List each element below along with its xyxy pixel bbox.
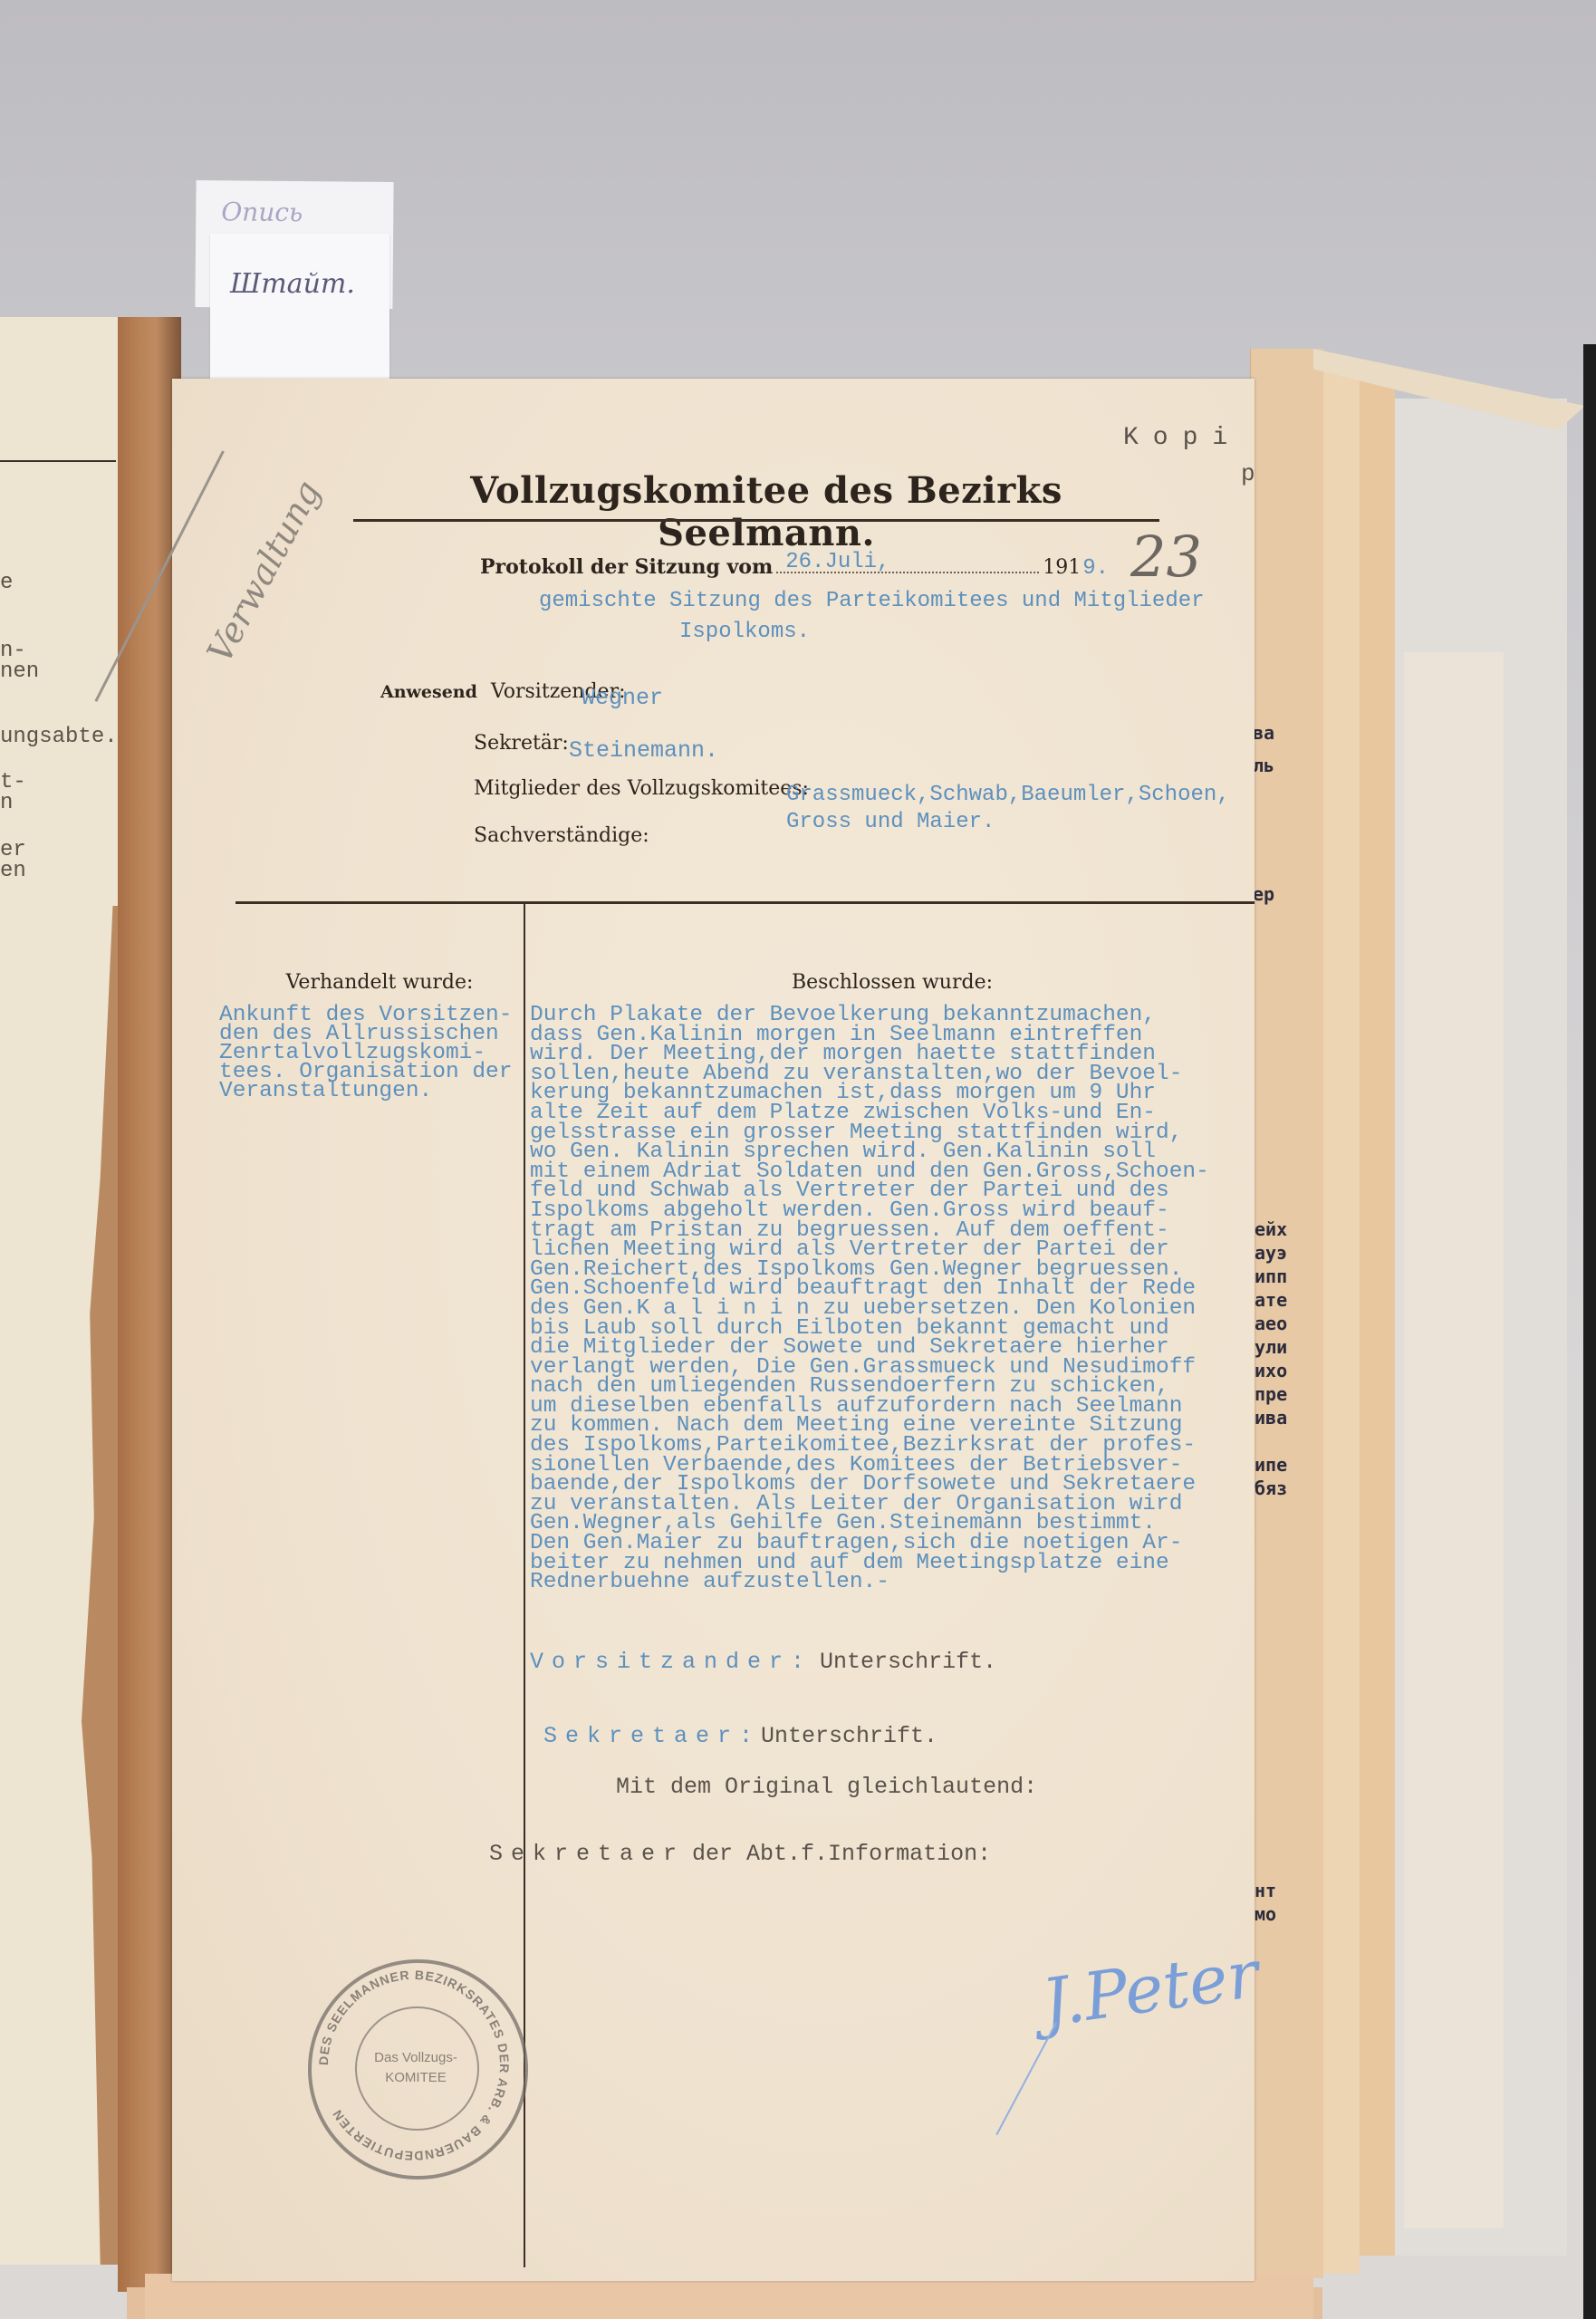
- protocol-date: 26.Juli,: [785, 550, 889, 574]
- experts-label: Sachverständige:: [474, 824, 649, 847]
- info-secretary-prefix: Sekretaer: [489, 1841, 685, 1867]
- left-page-fragment: en: [0, 859, 26, 883]
- folio-number: 23: [1130, 524, 1202, 590]
- russian-text-fragment: аео: [1255, 1313, 1287, 1334]
- russian-text-fragment: ипе: [1255, 1454, 1287, 1476]
- secretary-signature-label: Sekretaer:: [543, 1723, 761, 1749]
- handwritten-note: Опись: [221, 197, 303, 227]
- archive-annotation: Verwaltung: [199, 474, 328, 669]
- protocol-label: Protokoll der Sitzung vom: [480, 555, 773, 579]
- protocol-date-line: Protokoll der Sitzung vom 26.Juli, 191 9…: [480, 555, 1109, 581]
- russian-text-fragment: ауэ: [1255, 1242, 1287, 1264]
- members-value: Grassmueck,Schwab,Baeumler,Schoen,: [786, 783, 1230, 807]
- left-page-fragment: ungsabte.: [0, 725, 118, 749]
- russian-text-fragment: ихо: [1255, 1360, 1287, 1381]
- present-label: Anwesend: [380, 682, 477, 702]
- agenda-header: Verhandelt wurde:: [236, 971, 524, 994]
- table-rule: [236, 901, 1255, 904]
- members-value-continued: Gross und Maier.: [786, 810, 995, 834]
- certification-line: Mit dem Original gleichlautend:: [616, 1774, 1037, 1800]
- russian-text-fragment: ипп: [1255, 1265, 1287, 1287]
- secretary-signature-value: Unterschrift.: [761, 1723, 937, 1749]
- info-secretary-label: der Abt.f.Information:: [692, 1841, 991, 1867]
- left-page-fragment: n: [0, 791, 13, 815]
- scanner-edge: [1583, 344, 1596, 2319]
- date-field: 26.Juli,: [776, 572, 1039, 573]
- russian-text-fragment: мо: [1255, 1903, 1276, 1925]
- copy-mark: Kopi: [1123, 424, 1242, 452]
- session-type-continued: Ispolkoms.: [679, 620, 810, 644]
- chair-signature-value: Unterschrift.: [820, 1649, 996, 1675]
- russian-text-fragment: ер: [1253, 883, 1274, 905]
- secretary-signature-line: Sekretaer: Unterschrift.: [543, 1723, 937, 1749]
- chair-value: Wegner: [582, 685, 663, 711]
- session-type: gemischte Sitzung des Parteikomitees und…: [539, 589, 1205, 613]
- sticky-note: Штайт.: [210, 234, 389, 380]
- copy-mark-continued: p: [1241, 460, 1255, 487]
- russian-text-fragment: бяз: [1255, 1477, 1287, 1499]
- left-page-rule: [0, 460, 116, 462]
- resolution-header: Beschlossen wurde:: [534, 971, 1250, 994]
- protocol-document: Kopi p Verwaltung Vollzugskomitee des Be…: [172, 379, 1255, 2281]
- secretary-value: Steinemann.: [569, 737, 718, 764]
- stamp-ring-text: DES SEELMANNER BEZIRKSRATES DER ARB. & B…: [308, 1959, 521, 2172]
- background-sheet-edge: ва ль ер ейх ауэ ипп ате аео ули ихо пре…: [1250, 349, 1323, 2278]
- handwritten-signature: J.Peter: [1037, 1936, 1263, 2042]
- russian-text-fragment: ва: [1253, 722, 1274, 744]
- certification-text: Mit dem Original gleichlautend:: [616, 1774, 1037, 1800]
- russian-text-fragment: ейх: [1255, 1218, 1287, 1240]
- resolution-text: Durch Plakate der Bevoelkerung bekanntzu…: [530, 1006, 1255, 1593]
- official-stamp: Das Vollzugs- KOMITEE DES SEELMANNER BEZ…: [308, 1959, 528, 2179]
- left-page-fragment: nen: [0, 659, 39, 684]
- russian-text-fragment: пре: [1255, 1383, 1287, 1405]
- letterhead-rule: [353, 519, 1159, 522]
- secretary-label: Sekretär:: [474, 732, 569, 755]
- info-secretary-line: Sekretaer der Abt.f.Information:: [489, 1841, 991, 1867]
- signature-stroke: [995, 2023, 1056, 2136]
- russian-text-fragment: ате: [1255, 1289, 1287, 1311]
- russian-text-fragment: нт: [1255, 1880, 1276, 1901]
- letterhead-title: Vollzugskomitee des Bezirks Seelmann.: [379, 469, 1154, 554]
- handwritten-note: Штайт.: [230, 268, 355, 300]
- background-sheet: [1404, 652, 1504, 2228]
- agenda-text: Ankunft des Vorsitzen- den des Allrussis…: [219, 1006, 518, 1101]
- chair-signature-line: Vorsitzander: Unterschrift.: [530, 1649, 996, 1675]
- russian-text-fragment: ули: [1255, 1336, 1287, 1358]
- year-suffix: 9.: [1082, 556, 1109, 581]
- background-sheet-edge: [1354, 380, 1395, 2256]
- left-page-fragment: e: [0, 571, 13, 595]
- year-prefix: 191: [1043, 556, 1081, 579]
- russian-text-fragment: ль: [1253, 755, 1274, 776]
- chair-signature-label: Vorsitzander:: [530, 1649, 812, 1675]
- members-label: Mitglieder des Vollzugskomitees:: [474, 777, 809, 800]
- russian-text-fragment: ива: [1255, 1407, 1287, 1429]
- svg-text:DES SEELMANNER BEZIRKSRATES DE: DES SEELMANNER BEZIRKSRATES DER ARB. & B…: [316, 1968, 512, 2163]
